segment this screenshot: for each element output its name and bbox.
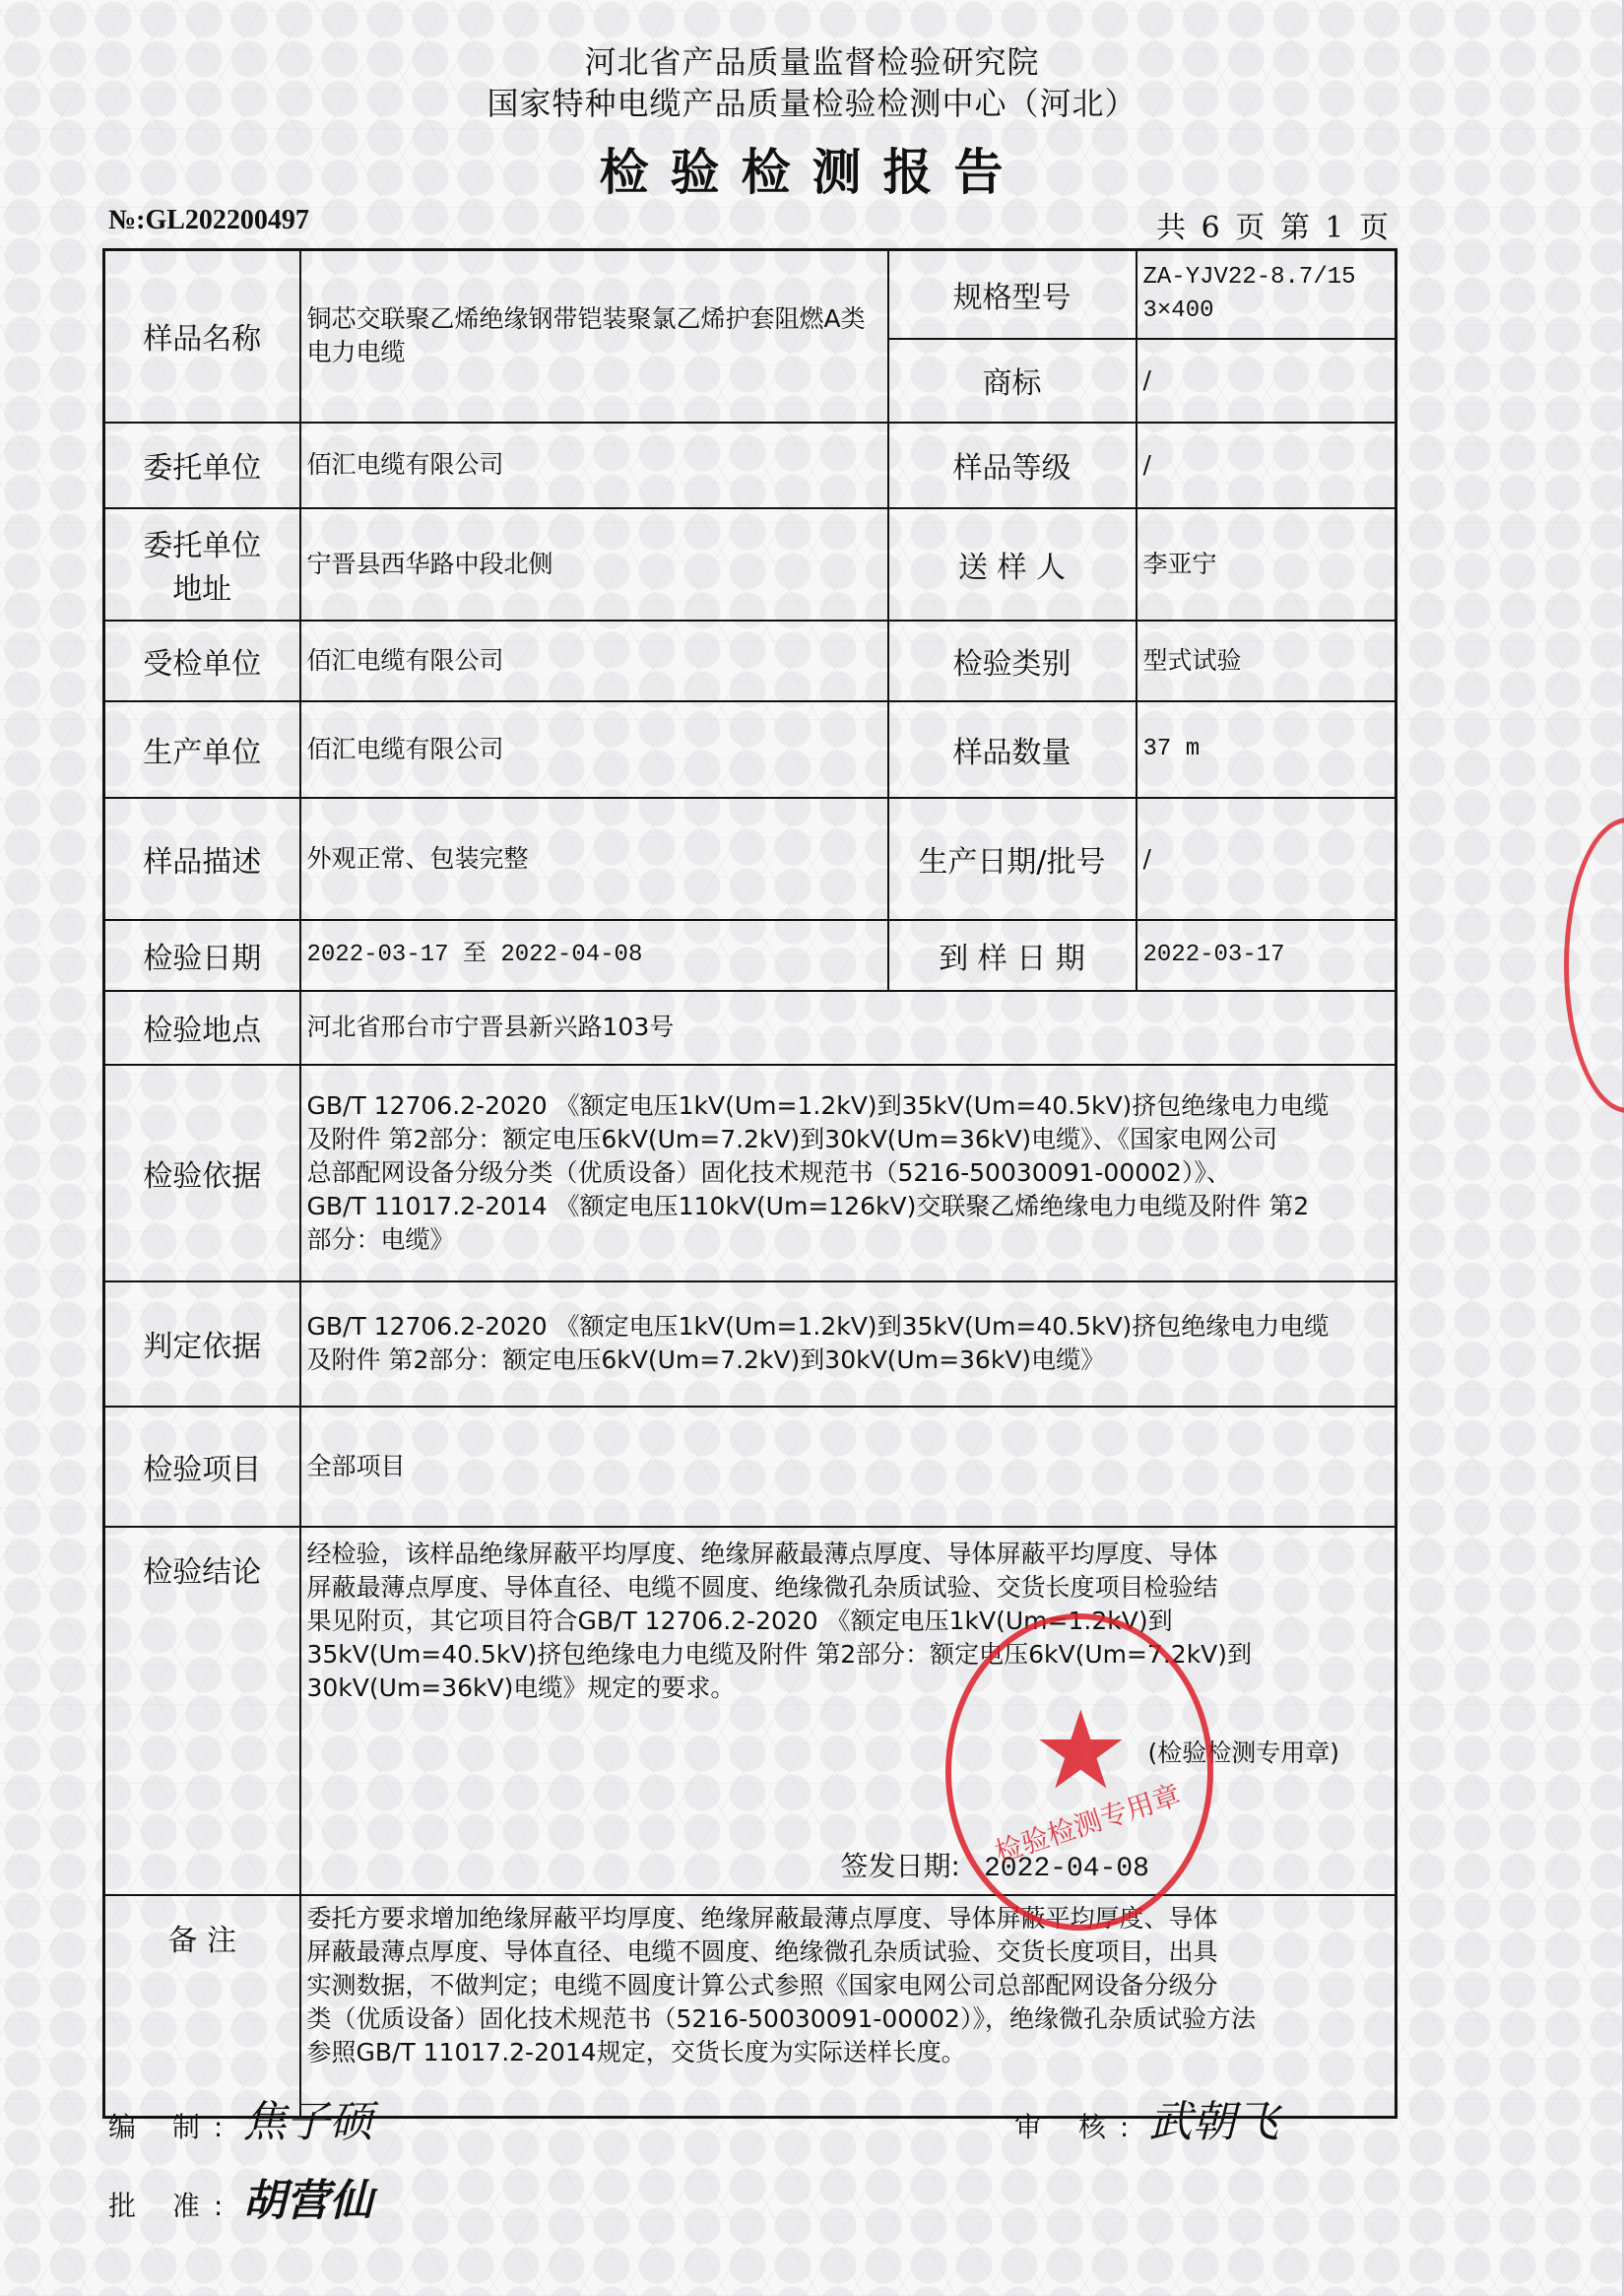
production-date-value: / <box>1137 798 1397 920</box>
seam-seal-fragment <box>1564 818 1624 1113</box>
trademark-value: / <box>1137 339 1397 423</box>
compiler-label: 编 制: <box>108 2111 236 2143</box>
page-info: 共 6 页 第 1 页 <box>1156 203 1392 246</box>
sample-grade-label: 样品等级 <box>888 423 1137 508</box>
sample-grade-value: / <box>1137 423 1397 508</box>
remarks-label: 备 注 <box>104 1895 300 2118</box>
issue-date-label: 签发日期: <box>841 1850 960 1882</box>
inspection-basis-line: 部分：电缆》 <box>307 1223 1390 1257</box>
trademark-label: 商标 <box>888 339 1137 423</box>
issue-date-value: 2022-04-08 <box>984 1854 1149 1884</box>
inspection-items-label: 检验项目 <box>104 1407 300 1527</box>
approver-signature: 批 准:胡营仙 <box>108 2165 372 2228</box>
inspection-type-label: 检验类别 <box>888 621 1137 701</box>
issue-date: 签发日期:2022-04-08 <box>841 1850 1149 1886</box>
inspection-basis-value: GB/T 12706.2-2020 《额定电压1kV(Um=1.2kV)到35k… <box>300 1065 1397 1281</box>
conclusion-line: 屏蔽最薄点厚度、导体直径、电缆不圆度、绝缘微孔杂质试验、交货长度项目检验结 <box>307 1571 1390 1605</box>
inspection-items-value: 全部项目 <box>300 1407 1397 1527</box>
compiler-signature: 编 制:焦子硕 <box>108 2086 372 2149</box>
inspection-location-value: 河北省邢台市宁晋县新兴路103号 <box>300 991 1397 1065</box>
report-table: 样品名称 铜芯交联聚乙烯绝缘钢带铠装聚氯乙烯护套阻燃A类电力电缆 规格型号 ZA… <box>102 248 1397 2119</box>
compiler-name: 焦子硕 <box>242 2097 372 2147</box>
remarks-line: 实测数据，不做判定；电缆不圆度计算公式参照《国家电网公司总部配网设备分级分 <box>307 1969 1390 2002</box>
inspection-basis-line: 及附件 第2部分：额定电压6kV(Um=7.2kV)到30kV(Um=36kV)… <box>307 1123 1390 1156</box>
reviewer-name: 武朝飞 <box>1148 2097 1278 2147</box>
client-label: 委托单位 <box>104 423 300 508</box>
inspection-basis-line: GB/T 11017.2-2014 《额定电压110kV(Um=126kV)交联… <box>307 1190 1390 1223</box>
reviewer-label: 审 核: <box>1014 2111 1142 2143</box>
sample-description-value: 外观正常、包装完整 <box>300 798 888 920</box>
spec-model-value: ZA-YJV22-8.7/15 3×400 <box>1137 250 1397 339</box>
sample-quantity-value: 37 m <box>1137 701 1397 798</box>
client-address-label-line2: 地址 <box>111 564 293 608</box>
seal-note: (检验检测专用章) <box>1147 1737 1339 1770</box>
judgment-basis-line: GB/T 12706.2-2020 《额定电压1kV(Um=1.2kV)到35k… <box>307 1310 1390 1344</box>
approver-name: 胡营仙 <box>242 2176 372 2226</box>
sample-name-value: 铜芯交联聚乙烯绝缘钢带铠装聚氯乙烯护套阻燃A类电力电缆 <box>300 250 888 423</box>
remarks-line: 屏蔽最薄点厚度、导体直径、电缆不圆度、绝缘微孔杂质试验、交货长度项目，出具 <box>307 1935 1390 1969</box>
inspection-basis-line: GB/T 12706.2-2020 《额定电压1kV(Um=1.2kV)到35k… <box>307 1089 1390 1123</box>
inspection-type-value: 型式试验 <box>1137 621 1397 701</box>
arrival-date-value: 2022-03-17 <box>1137 920 1397 991</box>
report-title: 检验检测报告 <box>0 133 1624 204</box>
inspection-date-value: 2022-03-17 至 2022-04-08 <box>300 920 888 991</box>
judgment-basis-label: 判定依据 <box>104 1281 300 1407</box>
sample-name-label: 样品名称 <box>104 250 300 423</box>
conclusion-line: 经检验，该样品绝缘屏蔽平均厚度、绝缘屏蔽最薄点厚度、导体屏蔽平均厚度、导体 <box>307 1538 1390 1571</box>
client-address-label-line1: 委托单位 <box>111 521 293 564</box>
conclusion-line: 30kV(Um=36kV)电缆》规定的要求。 <box>307 1672 1390 1705</box>
client-value: 佰汇电缆有限公司 <box>300 423 888 508</box>
production-date-label: 生产日期/批号 <box>888 798 1137 920</box>
client-address-value: 宁晋县西华路中段北侧 <box>300 508 888 621</box>
remarks-line: 参照GB/T 11017.2-2014规定，交货长度为实际送样长度。 <box>307 2036 1390 2069</box>
remarks-line: 委托方要求增加绝缘屏蔽平均厚度、绝缘屏蔽最薄点厚度、导体屏蔽平均厚度、导体 <box>307 1902 1390 1935</box>
inspection-location-label: 检验地点 <box>104 991 300 1065</box>
manufacturer-label: 生产单位 <box>104 701 300 798</box>
inspection-date-label: 检验日期 <box>104 920 300 991</box>
report-number: №:GL202200497 <box>108 205 309 236</box>
client-address-label: 委托单位 地址 <box>104 508 300 621</box>
inspected-unit-value: 佰汇电缆有限公司 <box>300 621 888 701</box>
spec-model-label: 规格型号 <box>888 250 1137 339</box>
org-name-line1: 河北省产品质量监督检验研究院 <box>0 37 1624 83</box>
remarks-value: 委托方要求增加绝缘屏蔽平均厚度、绝缘屏蔽最薄点厚度、导体屏蔽平均厚度、导体 屏蔽… <box>300 1895 1397 2118</box>
arrival-date-label: 到 样 日 期 <box>888 920 1137 991</box>
org-name-line2: 国家特种电缆产品质量检验检测中心（河北） <box>0 79 1624 124</box>
sample-quantity-label: 样品数量 <box>888 701 1137 798</box>
conclusion-line: 35kV(Um=40.5kV)挤包绝缘电力电缆及附件 第2部分：额定电压6kV(… <box>307 1638 1390 1672</box>
reviewer-signature: 审 核:武朝飞 <box>1014 2086 1278 2149</box>
inspection-basis-line: 总部配网设备分级分类（优质设备）固化技术规范书（5216-50030091-00… <box>307 1156 1390 1190</box>
conclusion-value: 经检验，该样品绝缘屏蔽平均厚度、绝缘屏蔽最薄点厚度、导体屏蔽平均厚度、导体 屏蔽… <box>300 1527 1397 1895</box>
inspected-unit-label: 受检单位 <box>104 621 300 701</box>
sender-label: 送 样 人 <box>888 508 1137 621</box>
approver-label: 批 准: <box>108 2190 236 2222</box>
sender-value: 李亚宁 <box>1137 508 1397 621</box>
manufacturer-value: 佰汇电缆有限公司 <box>300 701 888 798</box>
sample-description-label: 样品描述 <box>104 798 300 920</box>
remarks-line: 类（优质设备）固化技术规范书（5216-50030091-00002）》，绝缘微… <box>307 2002 1390 2036</box>
conclusion-line: 果见附页，其它项目符合GB/T 12706.2-2020 《额定电压1kV(Um… <box>307 1605 1390 1638</box>
inspection-basis-label: 检验依据 <box>104 1065 300 1281</box>
judgment-basis-value: GB/T 12706.2-2020 《额定电压1kV(Um=1.2kV)到35k… <box>300 1281 1397 1407</box>
conclusion-label: 检验结论 <box>104 1527 300 1895</box>
judgment-basis-line: 及附件 第2部分：额定电压6kV(Um=7.2kV)到30kV(Um=36kV)… <box>307 1344 1390 1377</box>
